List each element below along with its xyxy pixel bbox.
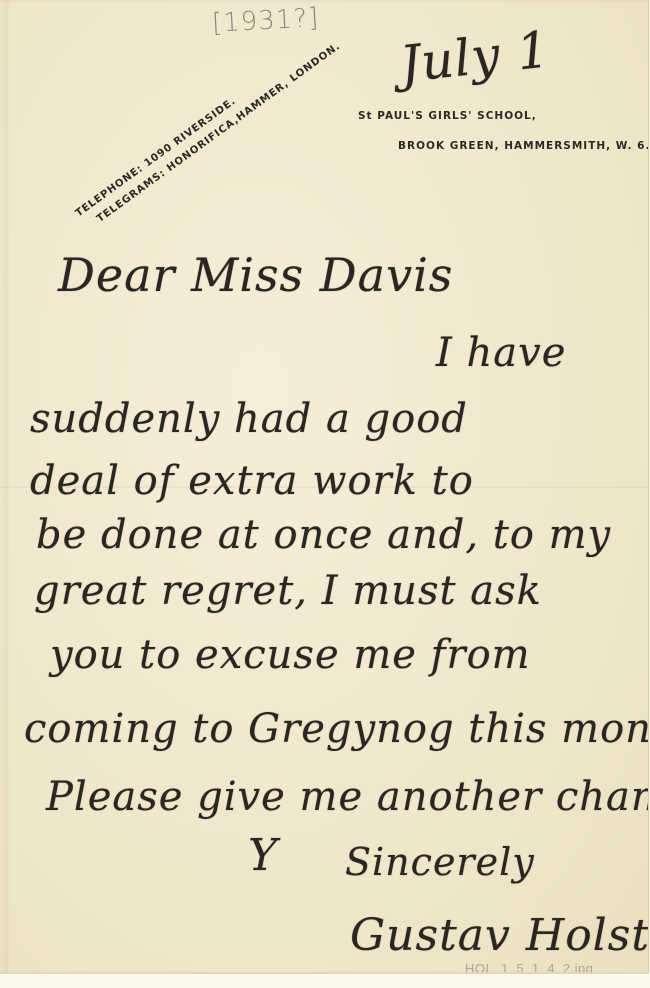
letterhead-school: St PAUL'S GIRLS' SCHOOL, [358,110,537,122]
archive-date-note: [1931?] [211,3,320,39]
body-line: be done at once and, to my [36,512,611,558]
body-line: Please give me another chance! [46,774,649,820]
body-line: you to excuse me from [50,632,531,678]
letterhead-telephone: TELEPHONE: 1090 RIVERSIDE. [72,25,334,222]
file-label-watermark: HOL_1_5_1_4_2.jpg [465,961,594,974]
body-line: I have [436,330,566,376]
letterhead-address: BROOK GREEN, HAMMERSMITH, W. 6. [398,140,649,152]
letter-paper: [1931?] TELEPHONE: 1090 RIVERSIDE. TELEG… [0,0,649,974]
closing: Sincerely [345,840,535,884]
signature: Gustav Holst [350,910,649,961]
letter-date: July 1 [397,20,552,93]
letterhead-contact: TELEPHONE: 1090 RIVERSIDE. TELEGRAMS: HO… [72,25,344,236]
body-line: deal of extra work to [30,458,474,504]
closing-prefix: Y [248,830,278,881]
body-line: suddenly had a good [30,396,468,442]
letterhead-telegrams: TELEGRAMS: HONORIFICA,HAMMER, LONDON. [93,38,344,227]
salutation: Dear Miss Davis [58,248,453,302]
body-line: coming to Gregynog this month. [24,706,649,752]
body-line: great regret, I must ask [34,568,542,614]
